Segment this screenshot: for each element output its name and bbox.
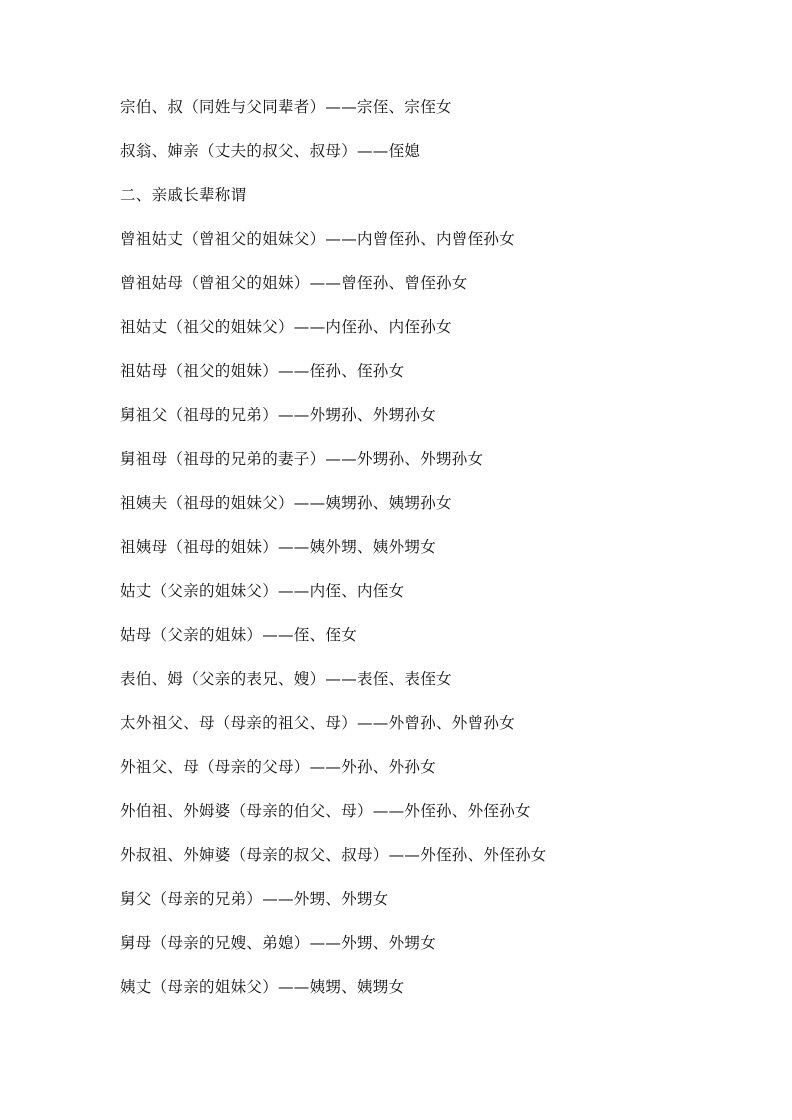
text-line: 曾祖姑丈（曾祖父的姐妹父）——内曾侄孙、内曾侄孙女 (120, 228, 752, 272)
text-line: 祖姑丈（祖父的姐妹父）——内侄孙、内侄孙女 (120, 316, 752, 360)
document-page: 宗伯、叔（同姓与父同辈者）——宗侄、宗侄女 叔翁、婶亲（丈夫的叔父、叔母）——侄… (120, 96, 752, 1020)
text-line: 外祖父、母（母亲的父母）——外孙、外孙女 (120, 756, 752, 800)
text-line: 舅母（母亲的兄嫂、弟媳）——外甥、外甥女 (120, 932, 752, 976)
text-line: 姑母（父亲的姐妹）——侄、侄女 (120, 624, 752, 668)
text-line: 舅祖母（祖母的兄弟的妻子）——外甥孙、外甥孙女 (120, 448, 752, 492)
text-line: 祖姨母（祖母的姐妹）——姨外甥、姨外甥女 (120, 536, 752, 580)
text-line: 宗伯、叔（同姓与父同辈者）——宗侄、宗侄女 (120, 96, 752, 140)
text-line: 外伯祖、外姆婆（母亲的伯父、母）——外侄孙、外侄孙女 (120, 800, 752, 844)
section-heading: 二、亲戚长辈称谓 (120, 184, 752, 228)
text-line: 祖姑母（祖父的姐妹）——侄孙、侄孙女 (120, 360, 752, 404)
text-line: 祖姨夫（祖母的姐妹父）——姨甥孙、姨甥孙女 (120, 492, 752, 536)
text-line: 表伯、姆（父亲的表兄、嫂）——表侄、表侄女 (120, 668, 752, 712)
text-line: 太外祖父、母（母亲的祖父、母）——外曾孙、外曾孙女 (120, 712, 752, 756)
text-line: 曾祖姑母（曾祖父的姐妹）——曾侄孙、曾侄孙女 (120, 272, 752, 316)
text-line: 舅祖父（祖母的兄弟）——外甥孙、外甥孙女 (120, 404, 752, 448)
text-line: 舅父（母亲的兄弟）——外甥、外甥女 (120, 888, 752, 932)
text-line: 姑丈（父亲的姐妹父）——内侄、内侄女 (120, 580, 752, 624)
text-line: 姨丈（母亲的姐妹父）——姨甥、姨甥女 (120, 976, 752, 1020)
text-line: 外叔祖、外婶婆（母亲的叔父、叔母）——外侄孙、外侄孙女 (120, 844, 752, 888)
text-line: 叔翁、婶亲（丈夫的叔父、叔母）——侄媳 (120, 140, 752, 184)
